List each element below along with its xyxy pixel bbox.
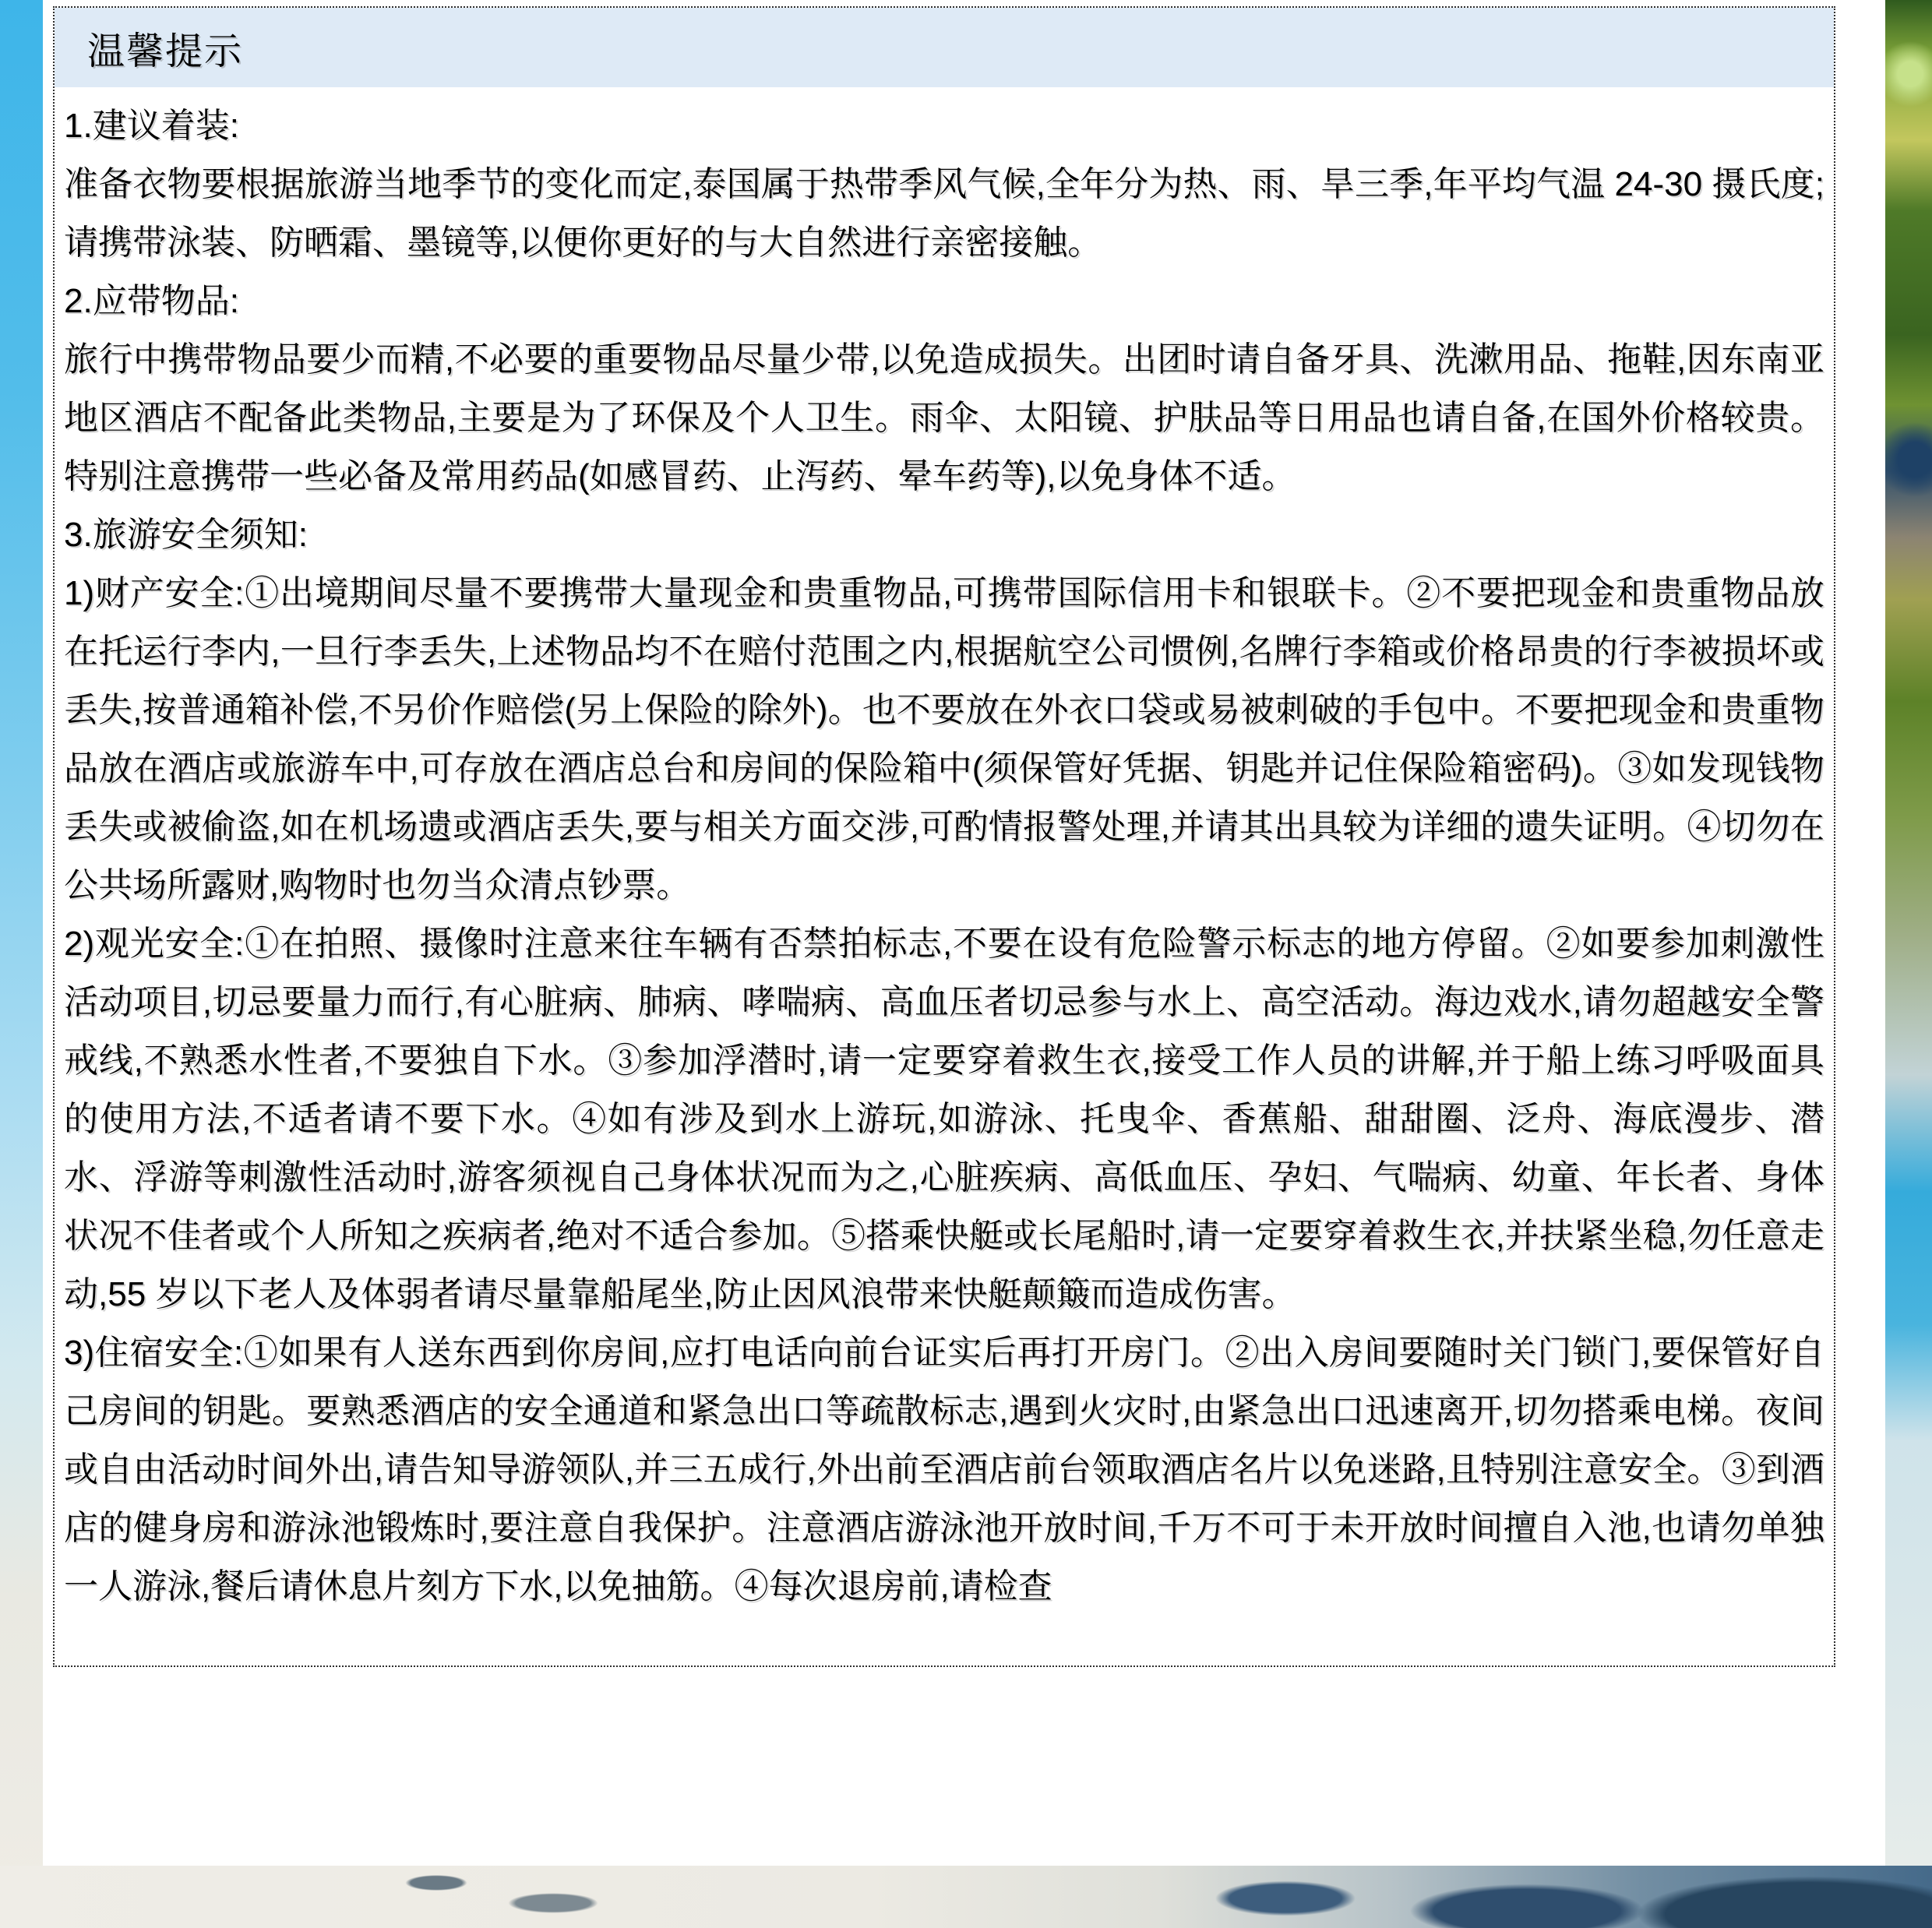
page-title: 温馨提示 xyxy=(87,21,243,75)
tip-paragraph-attire: 准备衣物要根据旅游当地季节的变化而定,泰国属于热带季风气候,全年分为热、雨、旱三… xyxy=(64,155,1824,272)
tip-paragraph-items: 旅行中携带物品要少而精,不必要的重要物品尽量少带,以免造成损失。出团时请自备牙具… xyxy=(64,330,1824,506)
notice-content: 1.建议着装: 准备衣物要根据旅游当地季节的变化而定,泰国属于热带季风气候,全年… xyxy=(55,87,1834,1616)
tip-heading-attire: 1.建议着装: xyxy=(64,97,1824,155)
notice-header-bar: 温馨提示 xyxy=(55,8,1834,87)
tip-heading-safety: 3.旅游安全须知: xyxy=(64,506,1824,564)
beach-shore-photo-strip xyxy=(0,1866,1932,1928)
tip-paragraph-sightseeing: 2)观光安全:①在拍照、摄像时注意来往车辆有否禁拍标志,不要在设有危险警示标志的… xyxy=(64,915,1824,1324)
tip-paragraph-lodging: 3)住宿安全:①如果有人送东西到你房间,应打电话向前台证实后再打开房门。②出入房… xyxy=(64,1324,1824,1616)
document-page: 温馨提示 1.建议着装: 准备衣物要根据旅游当地季节的变化而定,泰国属于热带季风… xyxy=(43,0,1885,1866)
travel-tips-notice-box: 温馨提示 1.建议着装: 准备衣物要根据旅游当地季节的变化而定,泰国属于热带季风… xyxy=(53,6,1835,1667)
tip-heading-items: 2.应带物品: xyxy=(64,272,1824,330)
palm-tree-photo-strip xyxy=(1884,0,1932,1866)
tip-paragraph-property: 1)财产安全:①出境期间尽量不要携带大量现金和贵重物品,可携带国际信用卡和银联卡… xyxy=(64,564,1824,915)
